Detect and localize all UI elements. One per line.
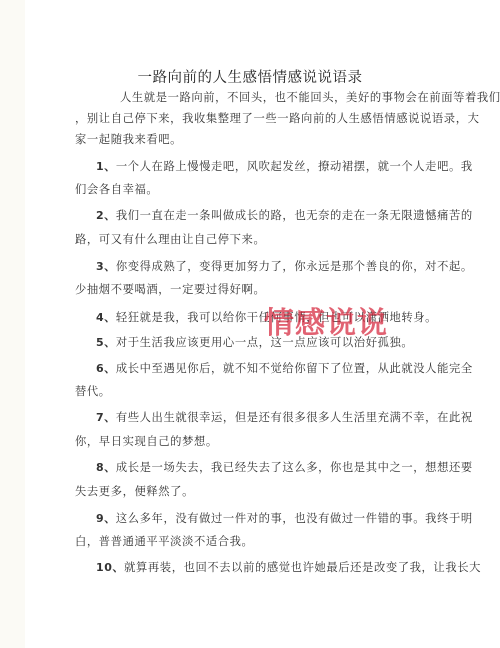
intro-line-1: 人生就是一路向前，不回头，也不能回头，美好的事物会在前面等着我们 — [120, 89, 500, 105]
item-text: 成长中至遇见你后，就不知不觉给你留下了位置，从此就没人能完全 — [116, 362, 473, 375]
item-number: 3、 — [96, 260, 116, 273]
item-text: 失去更多，便释然了。 — [75, 483, 194, 499]
item-text: 一个人在路上慢慢走吧，风吹起发丝，撩动裙摆，就一个人走吧。我 — [116, 160, 473, 173]
item-number: 9、 — [96, 512, 116, 525]
item-text: 路，可又有什么理由让自己停下来。 — [75, 231, 265, 247]
item-text: 就算再装，也回不去以前的感觉也许她最后还是改变了我，让我长大 — [124, 561, 481, 574]
item-number: 1、 — [96, 160, 116, 173]
item-number: 5、 — [96, 336, 116, 349]
intro-line-2: ，别让自己停下来，我收集整理了一些一路向前的人生感悟情感说说语录，大 — [75, 110, 480, 126]
item-text: 有些人出生就很幸运，但是还有很多很多人生活里充满不幸，在此祝 — [116, 411, 473, 424]
item-number: 8、 — [96, 461, 116, 474]
item-text: 你，早日实现自己的梦想。 — [75, 433, 218, 449]
item-text: 我们一直在走一条叫做成长的路，也无奈的走在一条无限遗憾痛苦的 — [116, 209, 473, 222]
item-number: 2、 — [96, 209, 116, 222]
item-text: 少抽烟不要喝酒，一定要过得好啊。 — [75, 281, 265, 297]
item-number: 7、 — [96, 411, 116, 424]
item-text: 这么多年，没有做过一件对的事，也没有做过一件错的事。我终于明 — [116, 512, 473, 525]
intro-line-3: 家一起随我来看吧。 — [75, 131, 182, 147]
item-number: 10、 — [96, 561, 124, 574]
item-text: 替代。 — [75, 383, 111, 399]
document-title: 一路向前的人生感悟情感说说语录 — [0, 66, 500, 87]
item-number: 4、 — [96, 311, 116, 324]
page-margin — [0, 0, 25, 648]
watermark: 情感说说 — [264, 298, 388, 342]
item-text: 白，普普通通平平淡淡不适合我。 — [75, 533, 253, 549]
item-text: 们会各自幸福。 — [75, 181, 158, 197]
item-number: 6、 — [96, 362, 116, 375]
item-text: 你变得成熟了，变得更加努力了，你永远是那个善良的你，对不起。 — [116, 260, 473, 273]
item-text: 成长是一场失去，我已经失去了这么多，你也是其中之一，想想还要 — [116, 461, 473, 474]
